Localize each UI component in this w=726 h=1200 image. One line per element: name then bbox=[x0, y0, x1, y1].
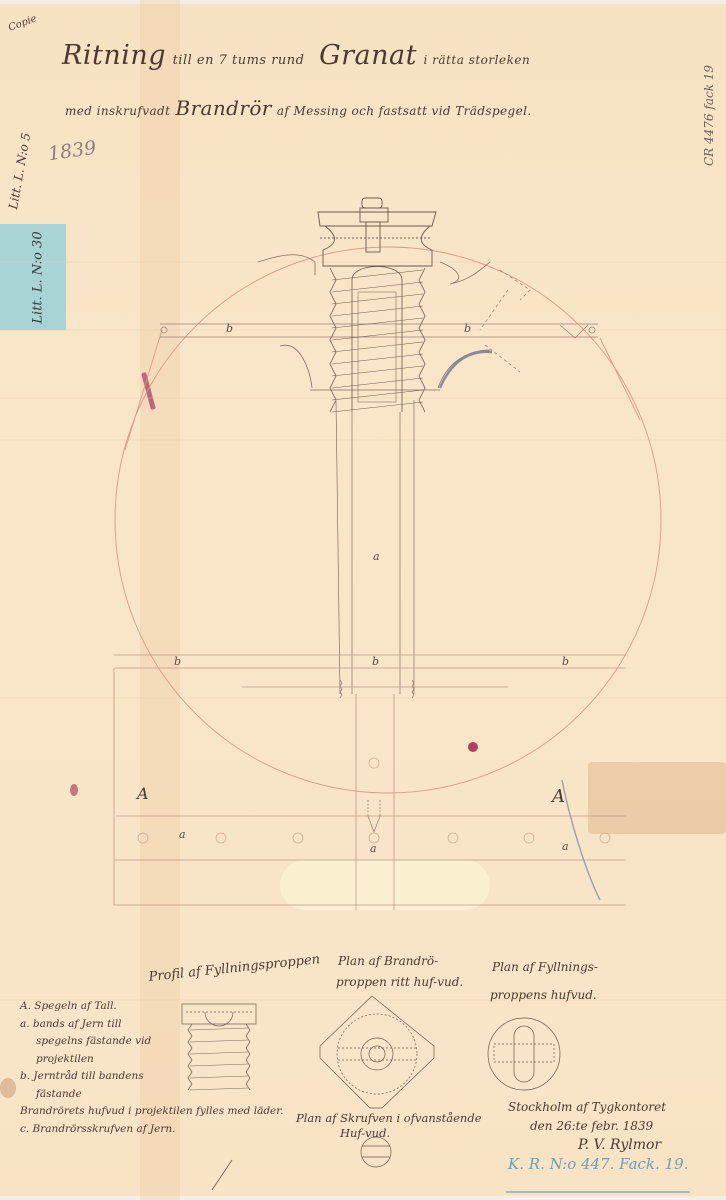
sabot-A bbox=[114, 655, 626, 910]
plan-filling-plug-head bbox=[488, 1018, 560, 1090]
label-b-upper-right: b bbox=[464, 322, 471, 335]
legend-item: projektilen bbox=[20, 1051, 283, 1069]
label-a-center-low: a bbox=[370, 842, 377, 855]
plan-screw bbox=[361, 1137, 391, 1167]
label-a-right: a bbox=[562, 840, 569, 853]
label-b-right: b bbox=[562, 655, 569, 668]
plan-filling-title-2: proppens hufvud. bbox=[490, 988, 597, 1002]
signoff-block: Stockholm af Tygkontoret den 26:te febr.… bbox=[508, 1098, 688, 1174]
legend: A. Spegeln af Tall. a. bands af Jern til… bbox=[20, 998, 283, 1138]
fuze-tube bbox=[336, 400, 414, 698]
signature: P. V. Rylmor bbox=[508, 1136, 688, 1155]
plan-screw-title-2: Huf-vud. bbox=[340, 1126, 390, 1140]
archive-reference: K. R. N:o 447. Fack. 19. bbox=[508, 1155, 688, 1174]
plan-fuze-head bbox=[320, 996, 434, 1108]
legend-item: A. Spegeln af Tall. bbox=[20, 998, 283, 1016]
plan-screw-title-1: Plan af Skrufven i ofvanstående bbox=[296, 1111, 482, 1125]
legend-item: fästande bbox=[20, 1086, 283, 1104]
fuze-head bbox=[318, 198, 436, 266]
legend-item: spegelns fästande vid bbox=[20, 1033, 283, 1051]
plan-fuze-title-2: proppen ritt huf-vud. bbox=[336, 975, 463, 989]
pen-stroke bbox=[212, 1160, 232, 1190]
label-a-left: a bbox=[179, 828, 186, 841]
plan-filling-title-1: Plan af Fyllnings- bbox=[492, 960, 598, 974]
label-b-center: b bbox=[372, 655, 379, 668]
label-b-left: b bbox=[174, 655, 181, 668]
label-b-upper-left: b bbox=[226, 322, 233, 335]
label-A-right: A bbox=[552, 786, 565, 807]
legend-item: c. Brandrörsskrufven af Jern. bbox=[20, 1121, 283, 1139]
label-a-center: a bbox=[373, 550, 380, 563]
grenade-sphere bbox=[115, 247, 661, 793]
legend-item: a. bands af Jern till bbox=[20, 1016, 283, 1034]
label-A-left: A bbox=[137, 784, 149, 803]
fuze-seat bbox=[258, 255, 490, 390]
legend-item: Brandrörets hufvud i projektilen fylles … bbox=[20, 1103, 283, 1121]
signoff-place: Stockholm af Tygkontoret bbox=[508, 1098, 688, 1117]
legend-item: b. Jerntråd till bandens bbox=[20, 1068, 283, 1086]
signoff-date: den 26:te febr. 1839 bbox=[508, 1117, 688, 1136]
band-b-upper bbox=[160, 270, 598, 372]
plan-fuze-title-1: Plan af Brandrö- bbox=[338, 954, 438, 968]
